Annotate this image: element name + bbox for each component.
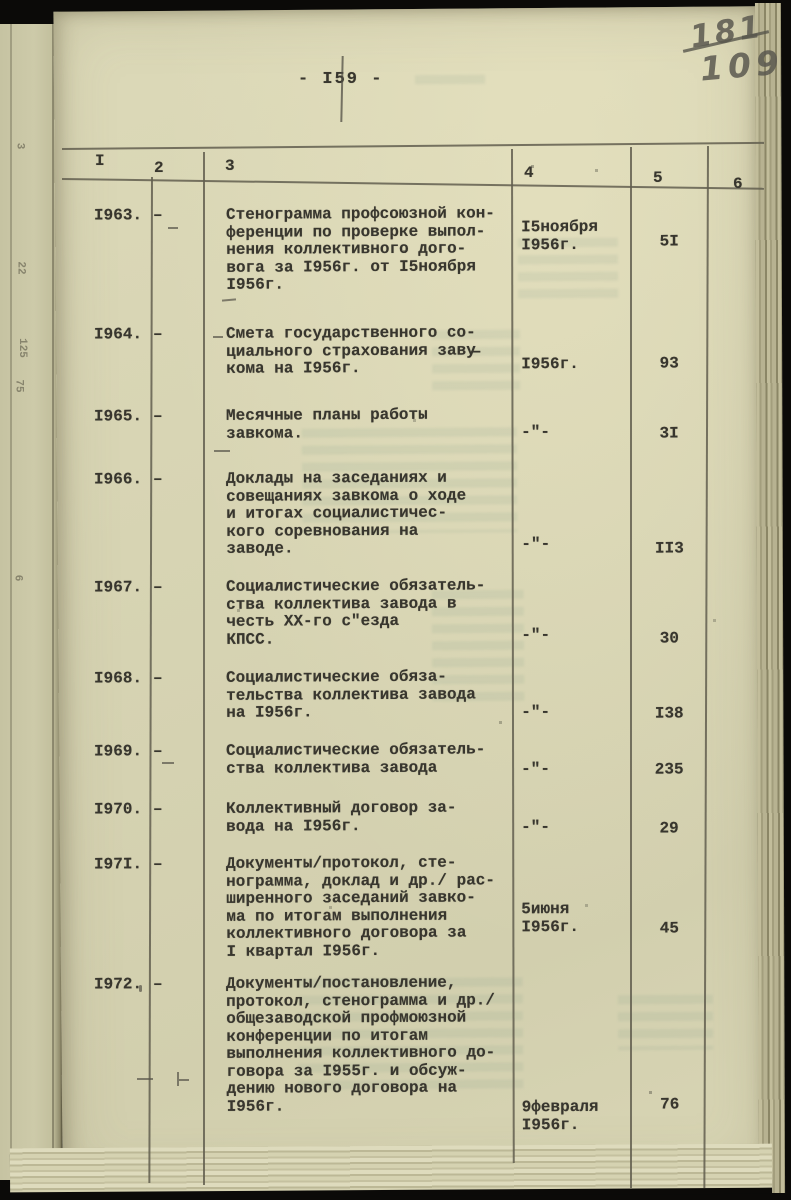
entry-mark: – — [153, 408, 163, 426]
margin-number: 125 — [16, 338, 28, 358]
entry-pages: 93 — [633, 355, 705, 373]
entry-date: I956г. — [521, 356, 629, 374]
entry-description: Стенограмма профсоюзной кон- ференции по… — [226, 205, 518, 294]
entry-number: I969. — [94, 743, 142, 761]
pencil-mark — [137, 1078, 153, 1080]
pencil-mark — [179, 1079, 189, 1081]
column-header-6: 6 — [733, 176, 743, 194]
page-crease — [10, 24, 12, 1180]
entry-number: I972. — [94, 976, 142, 994]
pencil-mark — [213, 336, 223, 338]
entry-description: Доклады на заседаниях и совещаниях завко… — [226, 469, 518, 558]
paper-speckles — [0, 0, 1, 1]
entry-date: -"- — [521, 627, 629, 645]
entry-pages: II3 — [633, 540, 705, 558]
entry-description: Социалистические обязатель- ства коллект… — [226, 577, 518, 649]
pencil-mark — [162, 762, 174, 764]
entry-number: I963. — [94, 207, 142, 225]
entry-mark: – — [153, 207, 163, 225]
margin-number: 6 — [11, 575, 23, 582]
column-header-2: 2 — [154, 160, 164, 178]
entry-number: I966. — [94, 471, 142, 489]
entry-mark: – — [153, 579, 163, 597]
entry-date: -"- — [521, 704, 629, 722]
entry-date: -"- — [521, 761, 629, 779]
entry-number: I964. — [94, 326, 142, 344]
entry-pages: 235 — [633, 761, 705, 779]
entry-description: Документы/постановление, протокол, стено… — [226, 974, 519, 1116]
page-crease — [52, 24, 54, 1180]
column-header-3: 3 — [225, 158, 235, 176]
entry-pages: I38 — [633, 705, 705, 723]
scanned-archive-page: 3 22 125 75 6 181 109 - I59 - I 2 3 4 5 … — [0, 0, 791, 1200]
entry-date: 9февраля I956г. — [522, 1099, 630, 1135]
column-header-4: 4 — [524, 165, 534, 183]
entry-pages: 76 — [634, 1096, 706, 1114]
bleed-through — [415, 75, 485, 91]
entry-description: Социалистические обязатель- ства коллект… — [226, 741, 518, 778]
entry-description: Месячные планы работы завкома. — [226, 406, 518, 443]
entry-mark: – — [153, 670, 163, 688]
entry-description: Документы/протокол, сте- нограмма, докла… — [226, 854, 519, 961]
entry-description: Социалистические обяза- тельства коллект… — [226, 668, 518, 722]
entry-date: -"- — [521, 536, 629, 554]
entry-pages: 3I — [633, 425, 705, 443]
entry-pages: 45 — [633, 920, 705, 938]
entry-mark: – — [153, 801, 163, 819]
column-header-1: I — [95, 153, 105, 171]
handwritten-page-number: 109 — [698, 42, 785, 88]
margin-number: 3 — [13, 143, 25, 150]
entry-mark: – — [153, 976, 163, 994]
pencil-mark — [139, 985, 142, 992]
entry-number: I965. — [94, 408, 142, 426]
entry-mark: – — [153, 856, 163, 874]
entry-date: 5июня I956г. — [521, 901, 629, 937]
entry-pages: 29 — [633, 820, 705, 838]
column-divider-4 — [630, 147, 632, 1188]
stacked-pages-edge — [755, 3, 785, 1193]
entry-mark: – — [153, 471, 163, 489]
previous-page-edge — [0, 24, 62, 1180]
entry-mark: – — [153, 326, 163, 344]
entry-number: I967. — [94, 579, 142, 597]
entry-date: -"- — [521, 424, 629, 442]
pencil-mark — [214, 450, 230, 452]
pencil-mark — [168, 227, 178, 229]
entry-description: Коллективный договор за- вода на I956г. — [226, 799, 518, 836]
entry-number: I970. — [94, 801, 142, 819]
margin-number: 22 — [15, 261, 27, 274]
entry-pages: 5I — [633, 233, 705, 251]
entry-number: I97I. — [94, 856, 142, 874]
bleed-through — [618, 995, 713, 1051]
entry-date: -"- — [521, 819, 629, 837]
stacked-pages-bottom-edge — [10, 1144, 772, 1193]
entry-mark: – — [153, 743, 163, 761]
margin-number: 75 — [13, 379, 25, 392]
entry-number: I968. — [94, 670, 142, 688]
column-header-5: 5 — [653, 170, 663, 188]
entry-pages: 30 — [633, 630, 705, 648]
entry-description: Смета государственного со- циального стр… — [226, 324, 518, 378]
column-divider-2 — [203, 152, 205, 1185]
entry-date: I5ноября I956г. — [521, 219, 629, 255]
